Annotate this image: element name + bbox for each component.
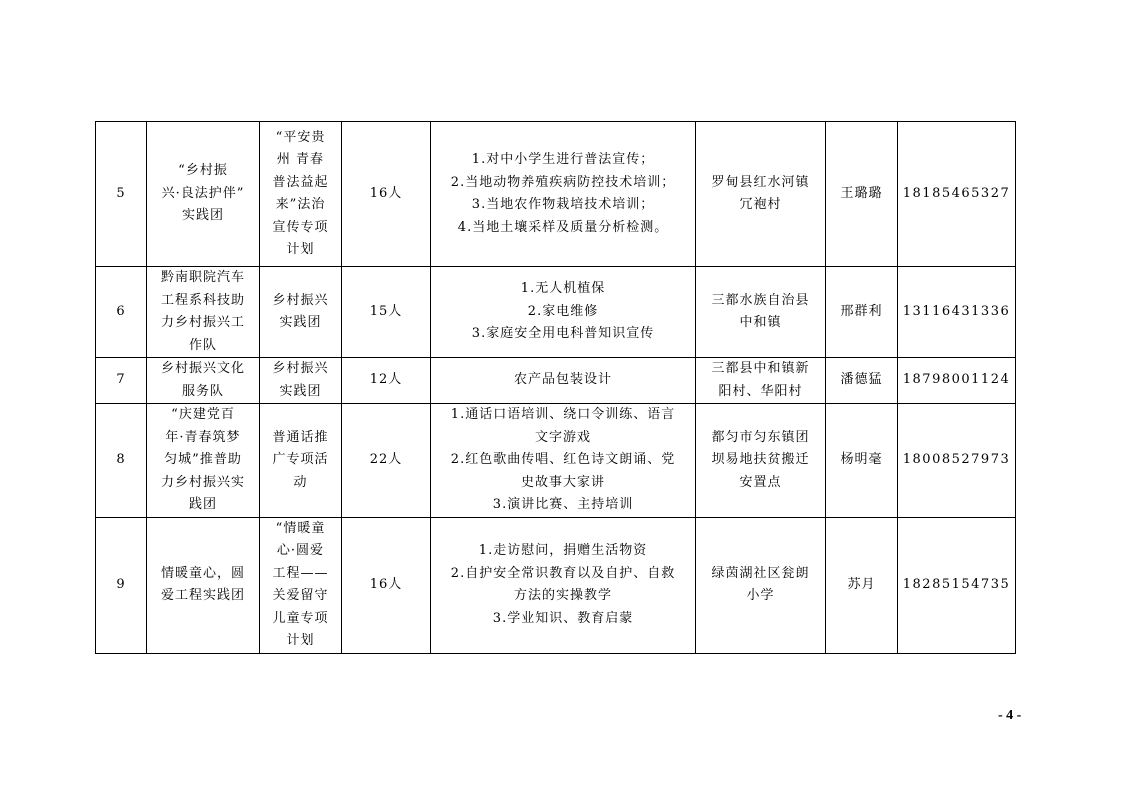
location-cell: 都匀市匀东镇团 坝易地扶贫搬迁 安置点 — [696, 404, 826, 518]
project-cell: 普通话推 广专项活 动 — [260, 404, 342, 518]
members-cell: 16人 — [342, 517, 431, 653]
team-name-cell: 黔南职院汽车 工程系科技助 力乡村振兴工 作队 — [147, 267, 260, 358]
table-row: 6 黔南职院汽车 工程系科技助 力乡村振兴工 作队 乡村振兴 实践团 15人 1… — [96, 267, 1016, 358]
project-cell: “平安贵 州 青春 普法益起 来”法治 宣传专项 计划 — [260, 122, 342, 267]
phone-cell: 18285154735 — [898, 517, 1016, 653]
team-name-cell: “乡村振 兴·良法护伴” 实践团 — [147, 122, 260, 267]
project-cell: “情暖童 心·圆爱 工程—— 关爱留守 儿童专项 计划 — [260, 517, 342, 653]
phone-cell: 18185465327 — [898, 122, 1016, 267]
members-cell: 15人 — [342, 267, 431, 358]
row-index: 9 — [96, 517, 147, 653]
practice-team-table: 5 “乡村振 兴·良法护伴” 实践团 “平安贵 州 青春 普法益起 来”法治 宣… — [95, 121, 1016, 654]
contact-cell: 邢群利 — [826, 267, 898, 358]
activities-cell: 1.通话口语培训、绕口令训练、语言 文字游戏 2.红色歌曲传唱、红色诗文朗诵、党… — [431, 404, 696, 518]
phone-cell: 13116431336 — [898, 267, 1016, 358]
members-cell: 22人 — [342, 404, 431, 518]
row-index: 7 — [96, 358, 147, 404]
contact-cell: 杨明毫 — [826, 404, 898, 518]
page-number: - 4 - — [998, 708, 1021, 724]
table-row: 8 “庆建党百 年·青春筑梦 匀城”推普助 力乡村振兴实 践团 普通话推 广专项… — [96, 404, 1016, 518]
table-row: 7 乡村振兴文化 服务队 乡村振兴 实践团 12人 农产品包装设计 三都县中和镇… — [96, 358, 1016, 404]
location-cell: 绿茵湖社区瓮朗 小学 — [696, 517, 826, 653]
table-row: 5 “乡村振 兴·良法护伴” 实践团 “平安贵 州 青春 普法益起 来”法治 宣… — [96, 122, 1016, 267]
contact-cell: 潘德猛 — [826, 358, 898, 404]
location-cell: 三都水族自治县 中和镇 — [696, 267, 826, 358]
row-index: 6 — [96, 267, 147, 358]
team-name-cell: “庆建党百 年·青春筑梦 匀城”推普助 力乡村振兴实 践团 — [147, 404, 260, 518]
members-cell: 16人 — [342, 122, 431, 267]
team-name-cell: 乡村振兴文化 服务队 — [147, 358, 260, 404]
project-cell: 乡村振兴 实践团 — [260, 267, 342, 358]
location-cell: 罗甸县红水河镇 冗袍村 — [696, 122, 826, 267]
contact-cell: 王璐璐 — [826, 122, 898, 267]
activities-cell: 1.对中小学生进行普法宣传； 2.当地动物养殖疾病防控技术培训； 3.当地农作物… — [431, 122, 696, 267]
activities-cell: 农产品包装设计 — [431, 358, 696, 404]
contact-cell: 苏月 — [826, 517, 898, 653]
phone-cell: 18008527973 — [898, 404, 1016, 518]
table-row: 9 情暖童心，圆 爱工程实践团 “情暖童 心·圆爱 工程—— 关爱留守 儿童专项… — [96, 517, 1016, 653]
activities-cell: 1.走访慰问，捐赠生活物资 2.自护安全常识教育以及自护、自救 方法的实操教学 … — [431, 517, 696, 653]
members-cell: 12人 — [342, 358, 431, 404]
row-index: 5 — [96, 122, 147, 267]
project-cell: 乡村振兴 实践团 — [260, 358, 342, 404]
team-name-cell: 情暖童心，圆 爱工程实践团 — [147, 517, 260, 653]
row-index: 8 — [96, 404, 147, 518]
location-cell: 三都县中和镇新 阳村、华阳村 — [696, 358, 826, 404]
activities-cell: 1.无人机植保 2.家电维修 3.家庭安全用电科普知识宣传 — [431, 267, 696, 358]
phone-cell: 18798001124 — [898, 358, 1016, 404]
